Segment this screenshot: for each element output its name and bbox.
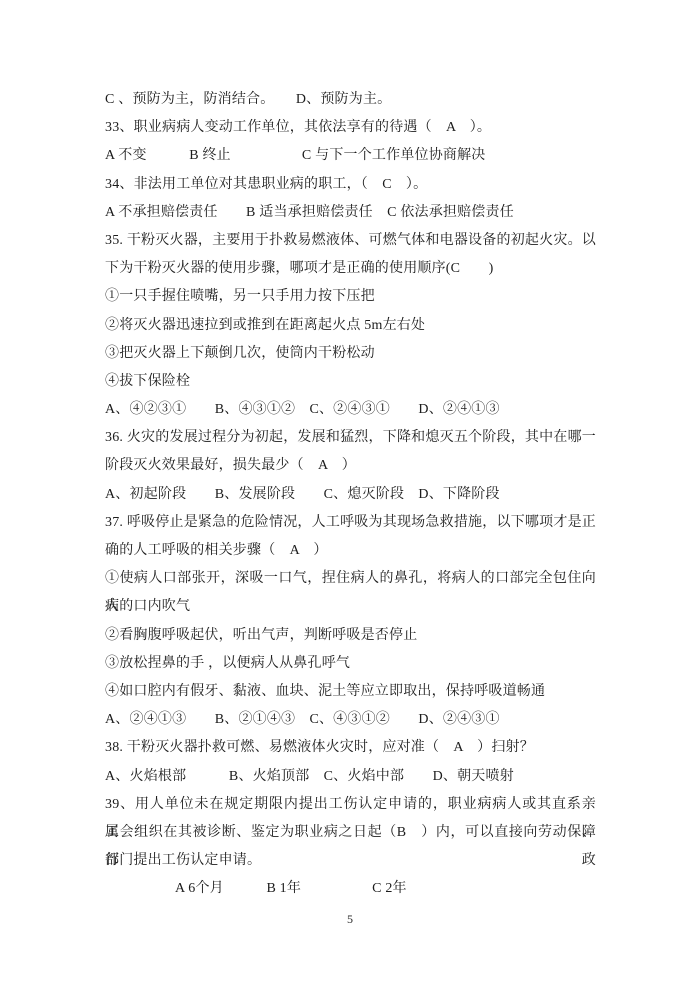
- text-line: ②将灭火器迅速拉到或推到在距离起火点 5m左右处: [105, 312, 596, 340]
- text-line: C 、预防为主，防消结合。 D、预防为主。: [105, 86, 596, 114]
- text-line: A、火焰根部 B、火焰顶部 C、火焰中部 D、朝天喷射: [105, 763, 596, 791]
- text-line: 人的口内吹气: [105, 593, 596, 621]
- text-line: 工会组织在其被诊断、鉴定为职业病之日起（B ）内，可以直接向劳动保障行政: [105, 819, 596, 847]
- text-line: ③放松捏鼻的手 ，以便病人从鼻孔呼气: [105, 650, 596, 678]
- text-line: 33、职业病病人变动工作单位，其依法享有的待遇（ A ）。: [105, 114, 596, 142]
- page-number: 5: [0, 912, 700, 926]
- text-line: A 不承担赔偿责任 B 适当承担赔偿责任 C 依法承担赔偿责任: [105, 199, 596, 227]
- text-line: ①使病人口部张开，深吸一口气，捏住病人的鼻孔，将病人的口部完全包住向病: [105, 565, 596, 593]
- text-line: 39、用人单位未在规定期限内提出工伤认定申请的，职业病病人或其直系亲属、: [105, 791, 596, 819]
- text-line: 38. 干粉灭火器扑救可燃、易燃液体火灾时，应对准（ A ）扫射？: [105, 734, 596, 762]
- text-line: 35. 干粉灭火器，主要用于扑救易燃液体、可燃气体和电器设备的初起火灾。以: [105, 227, 596, 255]
- text-line: ①一只手握住喷嘴，另一只手用力按下压把: [105, 283, 596, 311]
- text-line: 下为干粉灭火器的使用步骤，哪项才是正确的使用顺序(C ): [105, 255, 596, 283]
- text-line: A、④②③① B、④③①② C、②④③① D、②④①③: [105, 396, 596, 424]
- text-line: 37. 呼吸停止是紧急的危险情况，人工呼吸为其现场急救措施，以下哪项才是正: [105, 509, 596, 537]
- text-line: ④如口腔内有假牙、黏液、血块、泥土等应立即取出，保持呼吸道畅通: [105, 678, 596, 706]
- text-line: A、初起阶段 B、发展阶段 C、熄灭阶段 D、下降阶段: [105, 481, 596, 509]
- text-line: A、②④①③ B、②①④③ C、④③①② D、②④③①: [105, 706, 596, 734]
- text-line: A 6个月 B 1年 C 2年: [105, 875, 596, 903]
- text-line: A 不变 B 终止 C 与下一个工作单位协商解决: [105, 142, 596, 170]
- text-line: 36. 火灾的发展过程分为初起，发展和猛烈，下降和熄灭五个阶段，其中在哪一: [105, 424, 596, 452]
- text-line: ④拔下保险栓: [105, 368, 596, 396]
- document-body: C 、预防为主，防消结合。 D、预防为主。33、职业病病人变动工作单位，其依法享…: [105, 86, 596, 903]
- document-page: C 、预防为主，防消结合。 D、预防为主。33、职业病病人变动工作单位，其依法享…: [0, 0, 700, 990]
- text-line: 34、非法用工单位对其患职业病的职工，（ C ）。: [105, 171, 596, 199]
- text-line: ③把灭火器上下颠倒几次，使筒内干粉松动: [105, 340, 596, 368]
- text-line: 阶段灭火效果最好，损失最少（ A ）: [105, 452, 596, 480]
- text-line: 确的人工呼吸的相关步骤（ A ）: [105, 537, 596, 565]
- text-line: ②看胸腹呼吸起伏，听出气声，判断呼吸是否停止: [105, 622, 596, 650]
